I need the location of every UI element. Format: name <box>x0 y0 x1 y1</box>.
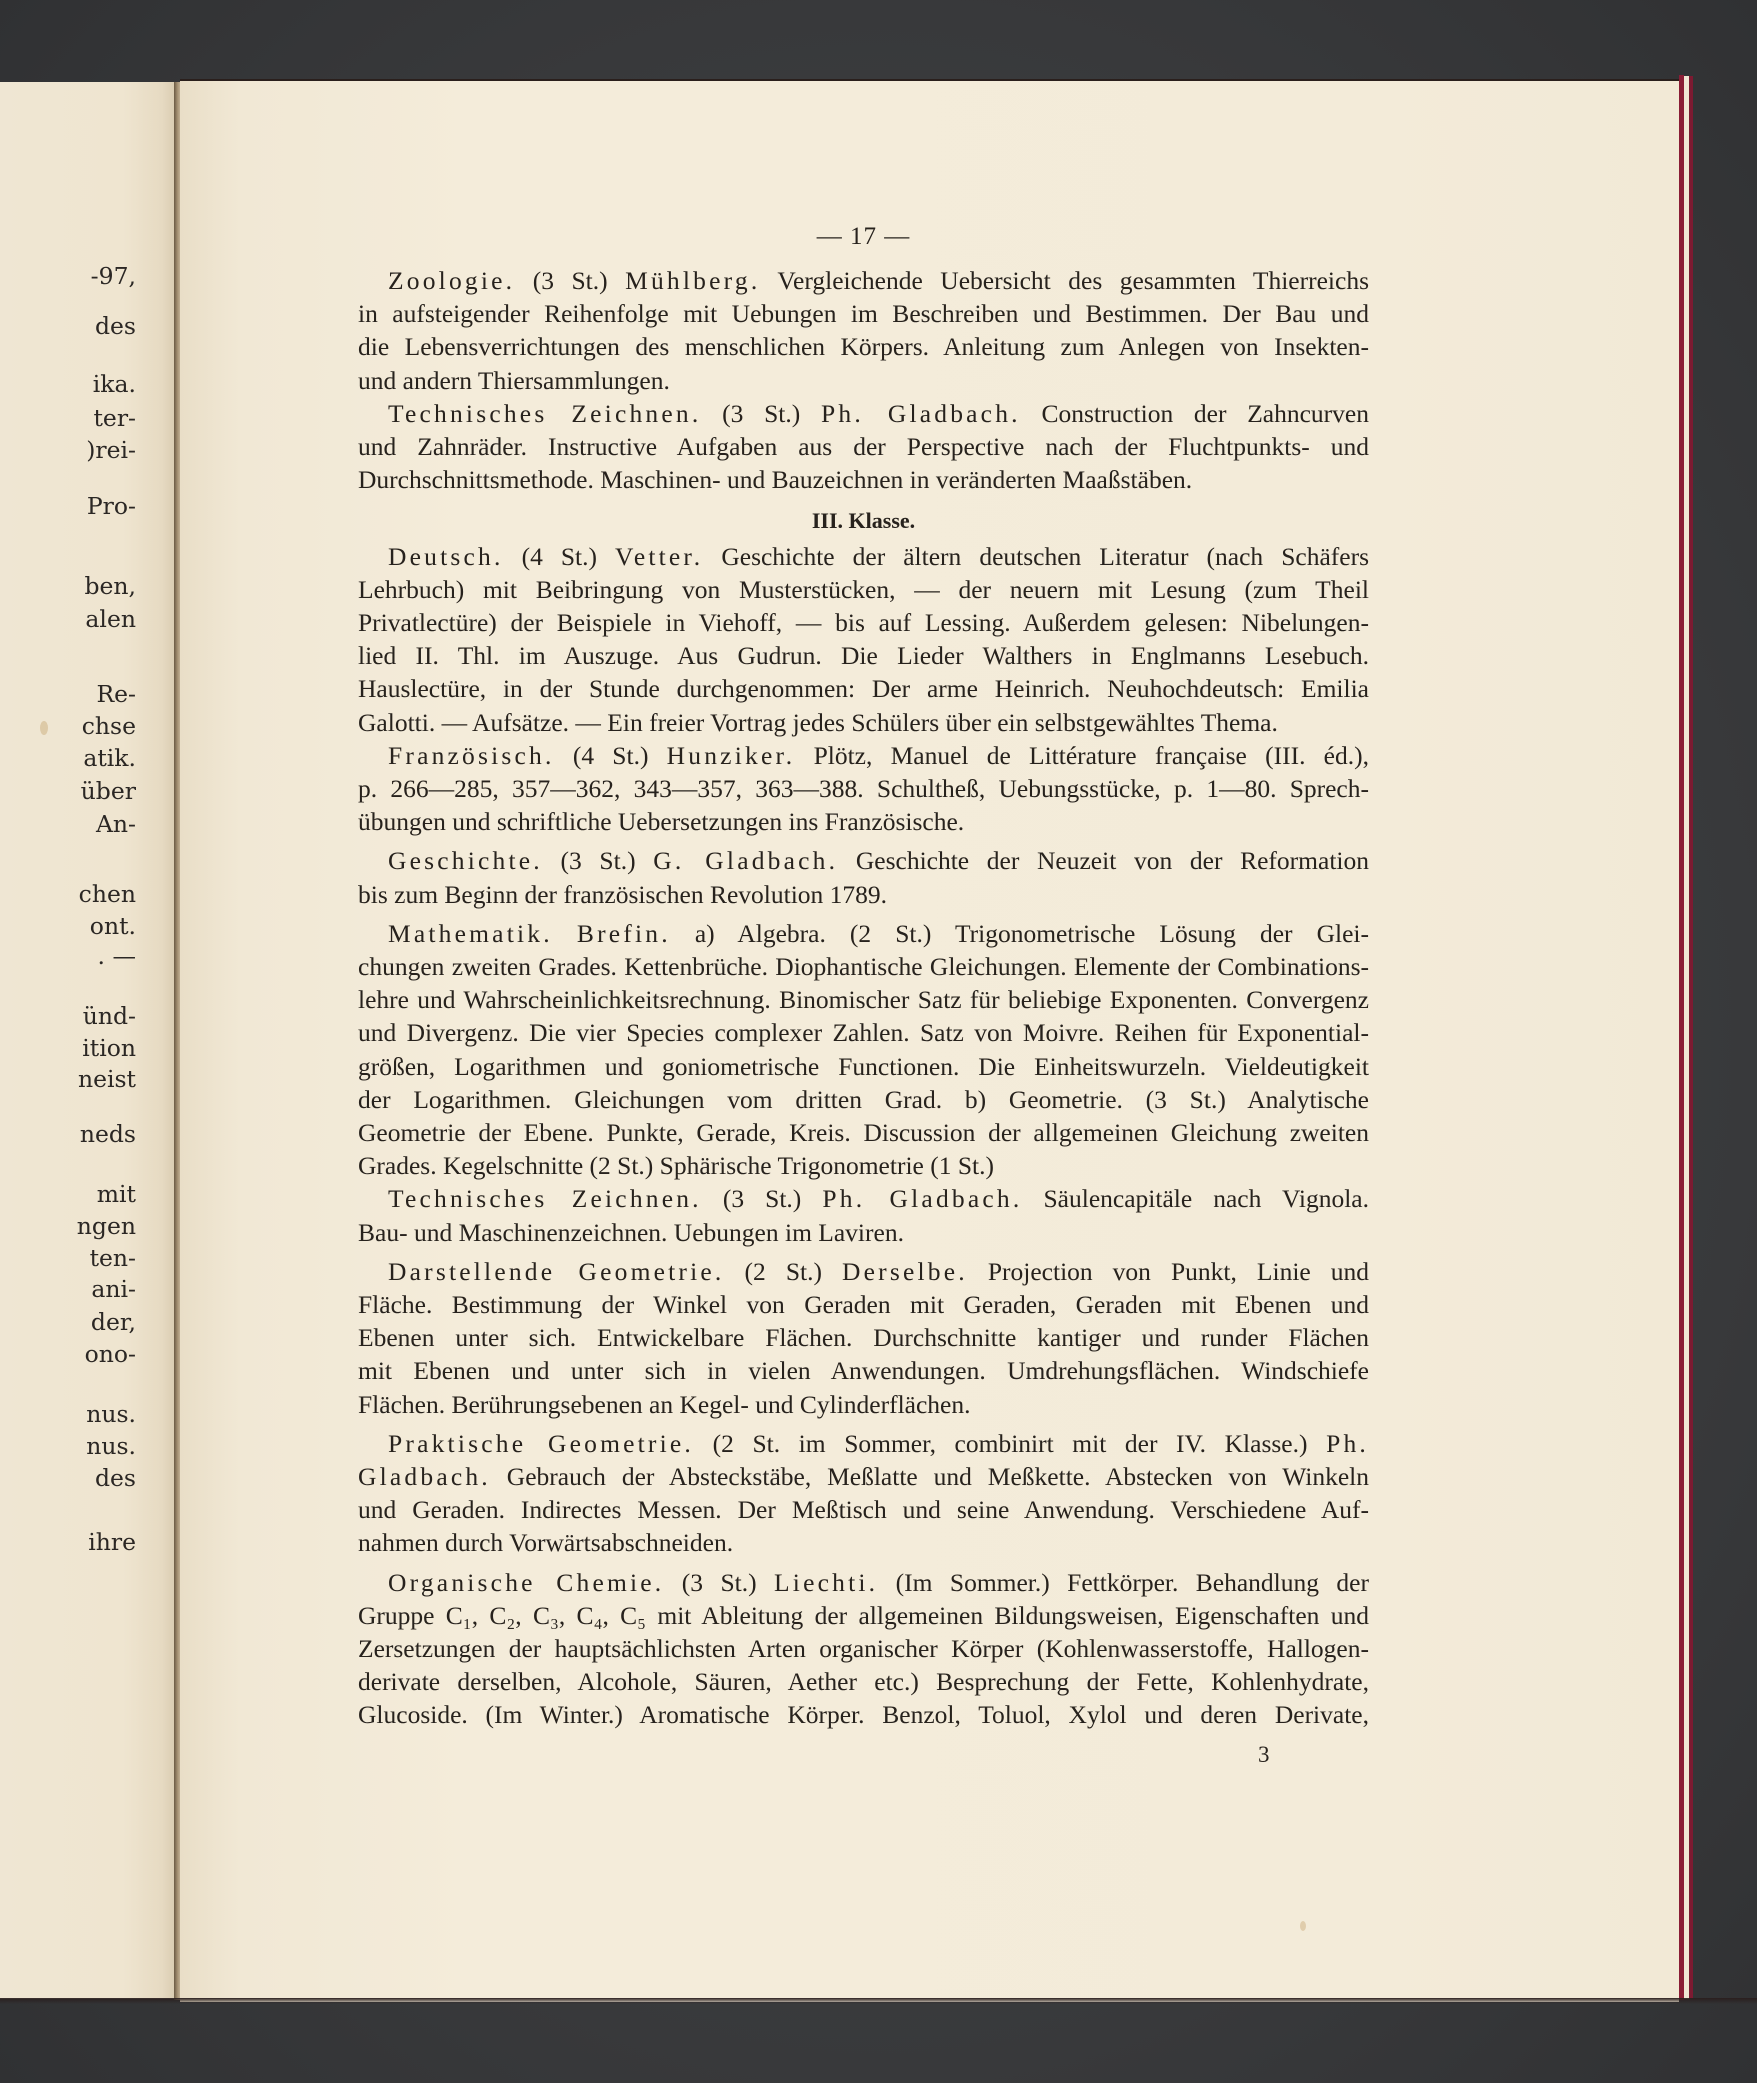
left-page-line: ont. <box>90 912 136 940</box>
text-line: Durchschnittsmethode. Maschinen- und Bau… <box>358 463 1192 496</box>
left-page-line: ben, <box>84 572 136 600</box>
text-line: Gladbach. Gebrauch der Absteckstäbe, Meß… <box>358 1460 1369 1493</box>
teacher-name: Derselbe. <box>842 1257 968 1286</box>
text-line: Lehrbuch) mit Beibringung von Musterstüc… <box>358 573 1369 606</box>
text-line: Darstellende Geometrie. (2 St.) Derselbe… <box>388 1255 1369 1288</box>
left-page-line: ngen <box>77 1212 136 1240</box>
text-line: Technisches Zeichnen. (3 St.) Ph. Gladba… <box>388 1182 1369 1215</box>
teacher-name: Brefin. <box>577 919 671 948</box>
text-line: Praktische Geometrie. (2 St. im Sommer, … <box>388 1427 1369 1460</box>
text-line: Glucoside. (Im Winter.) Aromatische Körp… <box>358 1698 1369 1731</box>
line-text: p. 266—285, 357—362, 343—357, 363—388. S… <box>358 774 1369 803</box>
subject-title: Französisch. <box>388 741 555 770</box>
hours-label: (3 St.) <box>702 1184 823 1213</box>
text-line: lehre und Wahrscheinlichkeitsrechnung. B… <box>358 983 1369 1016</box>
left-page-line: des <box>95 312 136 340</box>
teacher-name: Ph. <box>1326 1429 1369 1458</box>
text-line: Gruppe C₁, C₂, C₃, C₄, C₅ mit Ableitung … <box>358 1599 1369 1632</box>
hours-label: (3 St.) <box>701 399 821 428</box>
line-text: Durchschnittsmethode. Maschinen- und Bau… <box>358 465 1192 494</box>
left-page-line: . — <box>98 942 136 970</box>
text-line: Grades. Kegelschnitte (2 St.) Sphärische… <box>358 1149 994 1182</box>
left-page-line: ani- <box>91 1275 136 1303</box>
left-page-line: ihre <box>88 1528 136 1556</box>
text-line: Bau- und Maschinenzeichnen. Uebungen im … <box>358 1216 904 1249</box>
subject-title: Organische Chemie. <box>388 1568 664 1597</box>
hours-label: (2 St. im Sommer, combinirt mit der IV. … <box>694 1429 1326 1458</box>
line-text: und andern Thiersammlungen. <box>358 366 670 395</box>
open-book: -97,desika.ter-)rei-Pro-ben,alenRe-chsea… <box>0 0 1757 2083</box>
left-page-line: Pro- <box>87 492 136 520</box>
left-page-line: ition <box>82 1034 136 1062</box>
text-line: und andern Thiersammlungen. <box>358 364 670 397</box>
left-page-line: ter- <box>93 404 136 432</box>
subject-title: Deutsch. <box>388 542 504 571</box>
left-page-line: -97, <box>91 262 136 290</box>
line-text: Galotti. — Aufsätze. — Ein freier Vortra… <box>358 708 1278 737</box>
hours-label: Gebrauch der Absteckstäbe, Meßlatte und … <box>491 1462 1369 1491</box>
line-text: (Im Sommer.) Fettkörper. Behandlung der <box>878 1568 1369 1597</box>
line-text: Geschichte der Neuzeit von der Reformati… <box>838 846 1369 875</box>
line-text: chungen zweiten Grades. Kettenbrüche. Di… <box>358 952 1369 981</box>
page-bottom-shadow <box>0 1998 1757 2004</box>
line-text: Plötz, Manuel de Littérature française (… <box>795 741 1369 770</box>
line-text: Hauslectüre, in der Stunde durchgenommen… <box>358 674 1369 703</box>
text-line: Technisches Zeichnen. (3 St.) Ph. Gladba… <box>388 397 1369 430</box>
left-page-line: Re- <box>96 680 136 708</box>
text-line: größen, Logarithmen und goniometrische F… <box>358 1050 1369 1083</box>
class-heading: III. Klasse. <box>358 504 1369 537</box>
text-line: die Lebensverrichtungen des menschlichen… <box>358 330 1369 363</box>
text-line: derivate derselben, Alcohole, Säuren, Ae… <box>358 1665 1369 1698</box>
text-line: Flächen. Berührungsebenen an Kegel- und … <box>358 1388 971 1421</box>
line-text: übungen und schriftliche Uebersetzungen … <box>358 807 964 836</box>
subject-title: Technisches Zeichnen. <box>388 399 701 428</box>
line-text: a) Algebra. (2 St.) Trigonometrische Lös… <box>671 919 1369 948</box>
text-line: der Logarithmen. Gleichungen vom dritten… <box>358 1083 1369 1116</box>
text-line: Mathematik. Brefin. a) Algebra. (2 St.) … <box>388 917 1369 950</box>
line-text: lied II. Thl. im Auszuge. Aus Gudrun. Di… <box>358 641 1369 670</box>
text-line: Geschichte. (3 St.) G. Gladbach. Geschic… <box>388 844 1369 877</box>
text-line: Fläche. Bestimmung der Winkel von Gerade… <box>358 1288 1369 1321</box>
left-page-line: )rei- <box>86 436 136 464</box>
line-text: Construction der Zahncurven <box>1021 399 1369 428</box>
teacher-name: Ph. Gladbach. <box>821 399 1021 428</box>
hours-label: (4 St.) <box>555 741 667 770</box>
red-page-edge-inner <box>1689 76 1693 1999</box>
text-line: in aufsteigender Reihenfolge mit Uebunge… <box>358 297 1369 330</box>
teacher-name: Vetter. <box>615 542 703 571</box>
text-line: chungen zweiten Grades. Kettenbrüche. Di… <box>358 950 1369 983</box>
line-text: und Geraden. Indirectes Messen. Der Meßt… <box>358 1495 1369 1524</box>
left-page-line: über <box>81 777 136 805</box>
line-text: derivate derselben, Alcohole, Säuren, Ae… <box>358 1667 1369 1696</box>
hours-label: (3 St.) <box>543 846 653 875</box>
left-page-line: nus. <box>86 1432 136 1460</box>
hours-label: (3 St.) <box>515 266 625 295</box>
left-page-line: ono- <box>85 1340 136 1368</box>
subject-title: Mathematik. <box>388 919 553 948</box>
left-page-fragment: -97,desika.ter-)rei-Pro-ben,alenRe-chsea… <box>0 82 176 1999</box>
line-text: Lehrbuch) mit Beibringung von Musterstüc… <box>358 575 1369 604</box>
left-page-line: ten- <box>90 1244 136 1272</box>
text-line: und Zahnräder. Instructive Aufgaben aus … <box>358 430 1369 463</box>
hours-label: (3 St.) <box>664 1568 774 1597</box>
line-text: Glucoside. (Im Winter.) Aromatische Körp… <box>358 1700 1369 1729</box>
left-page-line: chen <box>79 880 136 908</box>
hours-label <box>553 919 577 948</box>
line-text: Fläche. Bestimmung der Winkel von Gerade… <box>358 1290 1369 1319</box>
hours-label: (4 St.) <box>504 542 615 571</box>
text-line: Französisch. (4 St.) Hunziker. Plötz, Ma… <box>388 739 1369 772</box>
line-text: mit Ebenen und unter sich in vielen Anwe… <box>358 1356 1369 1385</box>
line-text: bis zum Beginn der französischen Revolut… <box>358 880 887 909</box>
paper-stain <box>40 721 48 735</box>
line-text: Vergleichende Uebersicht des gesammten T… <box>760 266 1369 295</box>
left-page-line: ika. <box>93 370 136 398</box>
text-line: Ebenen unter sich. Entwickelbare Flächen… <box>358 1321 1369 1354</box>
line-text: größen, Logarithmen und goniometrische F… <box>358 1052 1369 1081</box>
text-line: Zersetzungen der hauptsächlichsten Arten… <box>358 1632 1369 1665</box>
left-page-line: der, <box>91 1308 136 1336</box>
text-line: Hauslectüre, in der Stunde durchgenommen… <box>358 672 1369 705</box>
left-page-line: nus. <box>86 1400 136 1428</box>
left-page-line: atik. <box>83 744 136 772</box>
left-page-line: alen <box>85 605 136 633</box>
text-line: und Divergenz. Die vier Species complexe… <box>358 1016 1369 1049</box>
text-line: mit Ebenen und unter sich in vielen Anwe… <box>358 1354 1369 1387</box>
page-number: — 17 — <box>358 220 1369 253</box>
text-line: Zoologie. (3 St.) Mühlberg. Vergleichend… <box>388 264 1369 297</box>
text-line: Privatlectüre) der Beispiele in Viehoff,… <box>358 606 1369 639</box>
left-page-line: mit <box>97 1180 136 1208</box>
text-line: übungen und schriftliche Uebersetzungen … <box>358 805 964 838</box>
line-text: Flächen. Berührungsebenen an Kegel- und … <box>358 1390 971 1419</box>
subject-title: Praktische Geometrie. <box>388 1429 694 1458</box>
line-text: Projection von Punkt, Linie und <box>968 1257 1369 1286</box>
paper-stain <box>1300 1921 1306 1931</box>
line-text: der Logarithmen. Gleichungen vom dritten… <box>358 1085 1369 1114</box>
text-line: und Geraden. Indirectes Messen. Der Meßt… <box>358 1493 1369 1526</box>
text-line: Organische Chemie. (3 St.) Liechti. (Im … <box>388 1566 1369 1599</box>
line-text: die Lebensverrichtungen des menschlichen… <box>358 332 1369 361</box>
text-line: p. 266—285, 357—362, 343—357, 363—388. S… <box>358 772 1369 805</box>
subject-title: Gladbach. <box>358 1462 491 1491</box>
subject-title: Darstellende Geometrie. <box>388 1257 725 1286</box>
left-page-line: chse <box>82 712 136 740</box>
line-text: Ebenen unter sich. Entwickelbare Flächen… <box>358 1323 1369 1352</box>
left-page-line: neist <box>78 1065 136 1093</box>
teacher-name: G. Gladbach. <box>653 846 838 875</box>
line-text: Säulencapitäle nach Vignola. <box>1022 1184 1369 1213</box>
line-text: lehre und Wahrscheinlichkeitsrechnung. B… <box>358 985 1369 1014</box>
line-text: und Zahnräder. Instructive Aufgaben aus … <box>358 432 1369 461</box>
left-page-line: neds <box>80 1120 136 1148</box>
left-page-line: des <box>95 1464 136 1492</box>
text-line: Galotti. — Aufsätze. — Ein freier Vortra… <box>358 706 1278 739</box>
subject-title: Zoologie. <box>388 266 515 295</box>
line-text: in aufsteigender Reihenfolge mit Uebunge… <box>358 299 1369 328</box>
left-page-line: ünd- <box>83 1002 136 1030</box>
line-text: Privatlectüre) der Beispiele in Viehoff,… <box>358 608 1369 637</box>
line-text: Geometrie der Ebene. Punkte, Gerade, Kre… <box>358 1118 1369 1147</box>
text-line: Deutsch. (4 St.) Vetter. Geschichte der … <box>388 540 1369 573</box>
line-text: Bau- und Maschinenzeichnen. Uebungen im … <box>358 1218 904 1247</box>
signature-mark: 3 <box>1258 1738 1270 1771</box>
subject-title: Geschichte. <box>388 846 543 875</box>
line-text: nahmen durch Vorwärtsabschneiden. <box>358 1528 733 1557</box>
subject-title: Technisches Zeichnen. <box>388 1184 702 1213</box>
text-line: nahmen durch Vorwärtsabschneiden. <box>358 1526 733 1559</box>
teacher-name: Liechti. <box>774 1568 878 1597</box>
teacher-name: Hunziker. <box>667 741 796 770</box>
text-line: bis zum Beginn der französischen Revolut… <box>358 878 887 911</box>
line-text: Grades. Kegelschnitte (2 St.) Sphärische… <box>358 1151 994 1180</box>
line-text: Gruppe C₁, C₂, C₃, C₄, C₅ mit Ableitung … <box>358 1601 1369 1630</box>
line-text: und Divergenz. Die vier Species complexe… <box>358 1018 1369 1047</box>
text-line: Geometrie der Ebene. Punkte, Gerade, Kre… <box>358 1116 1369 1149</box>
line-text: Zersetzungen der hauptsächlichsten Arten… <box>358 1634 1369 1663</box>
teacher-name: Ph. Gladbach. <box>822 1184 1022 1213</box>
hours-label: (2 St.) <box>725 1257 843 1286</box>
teacher-name: Mühlberg. <box>625 266 760 295</box>
text-line: lied II. Thl. im Auszuge. Aus Gudrun. Di… <box>358 639 1369 672</box>
left-page-line: An- <box>96 810 136 838</box>
line-text: Geschichte der ältern deutschen Literatu… <box>703 542 1369 571</box>
